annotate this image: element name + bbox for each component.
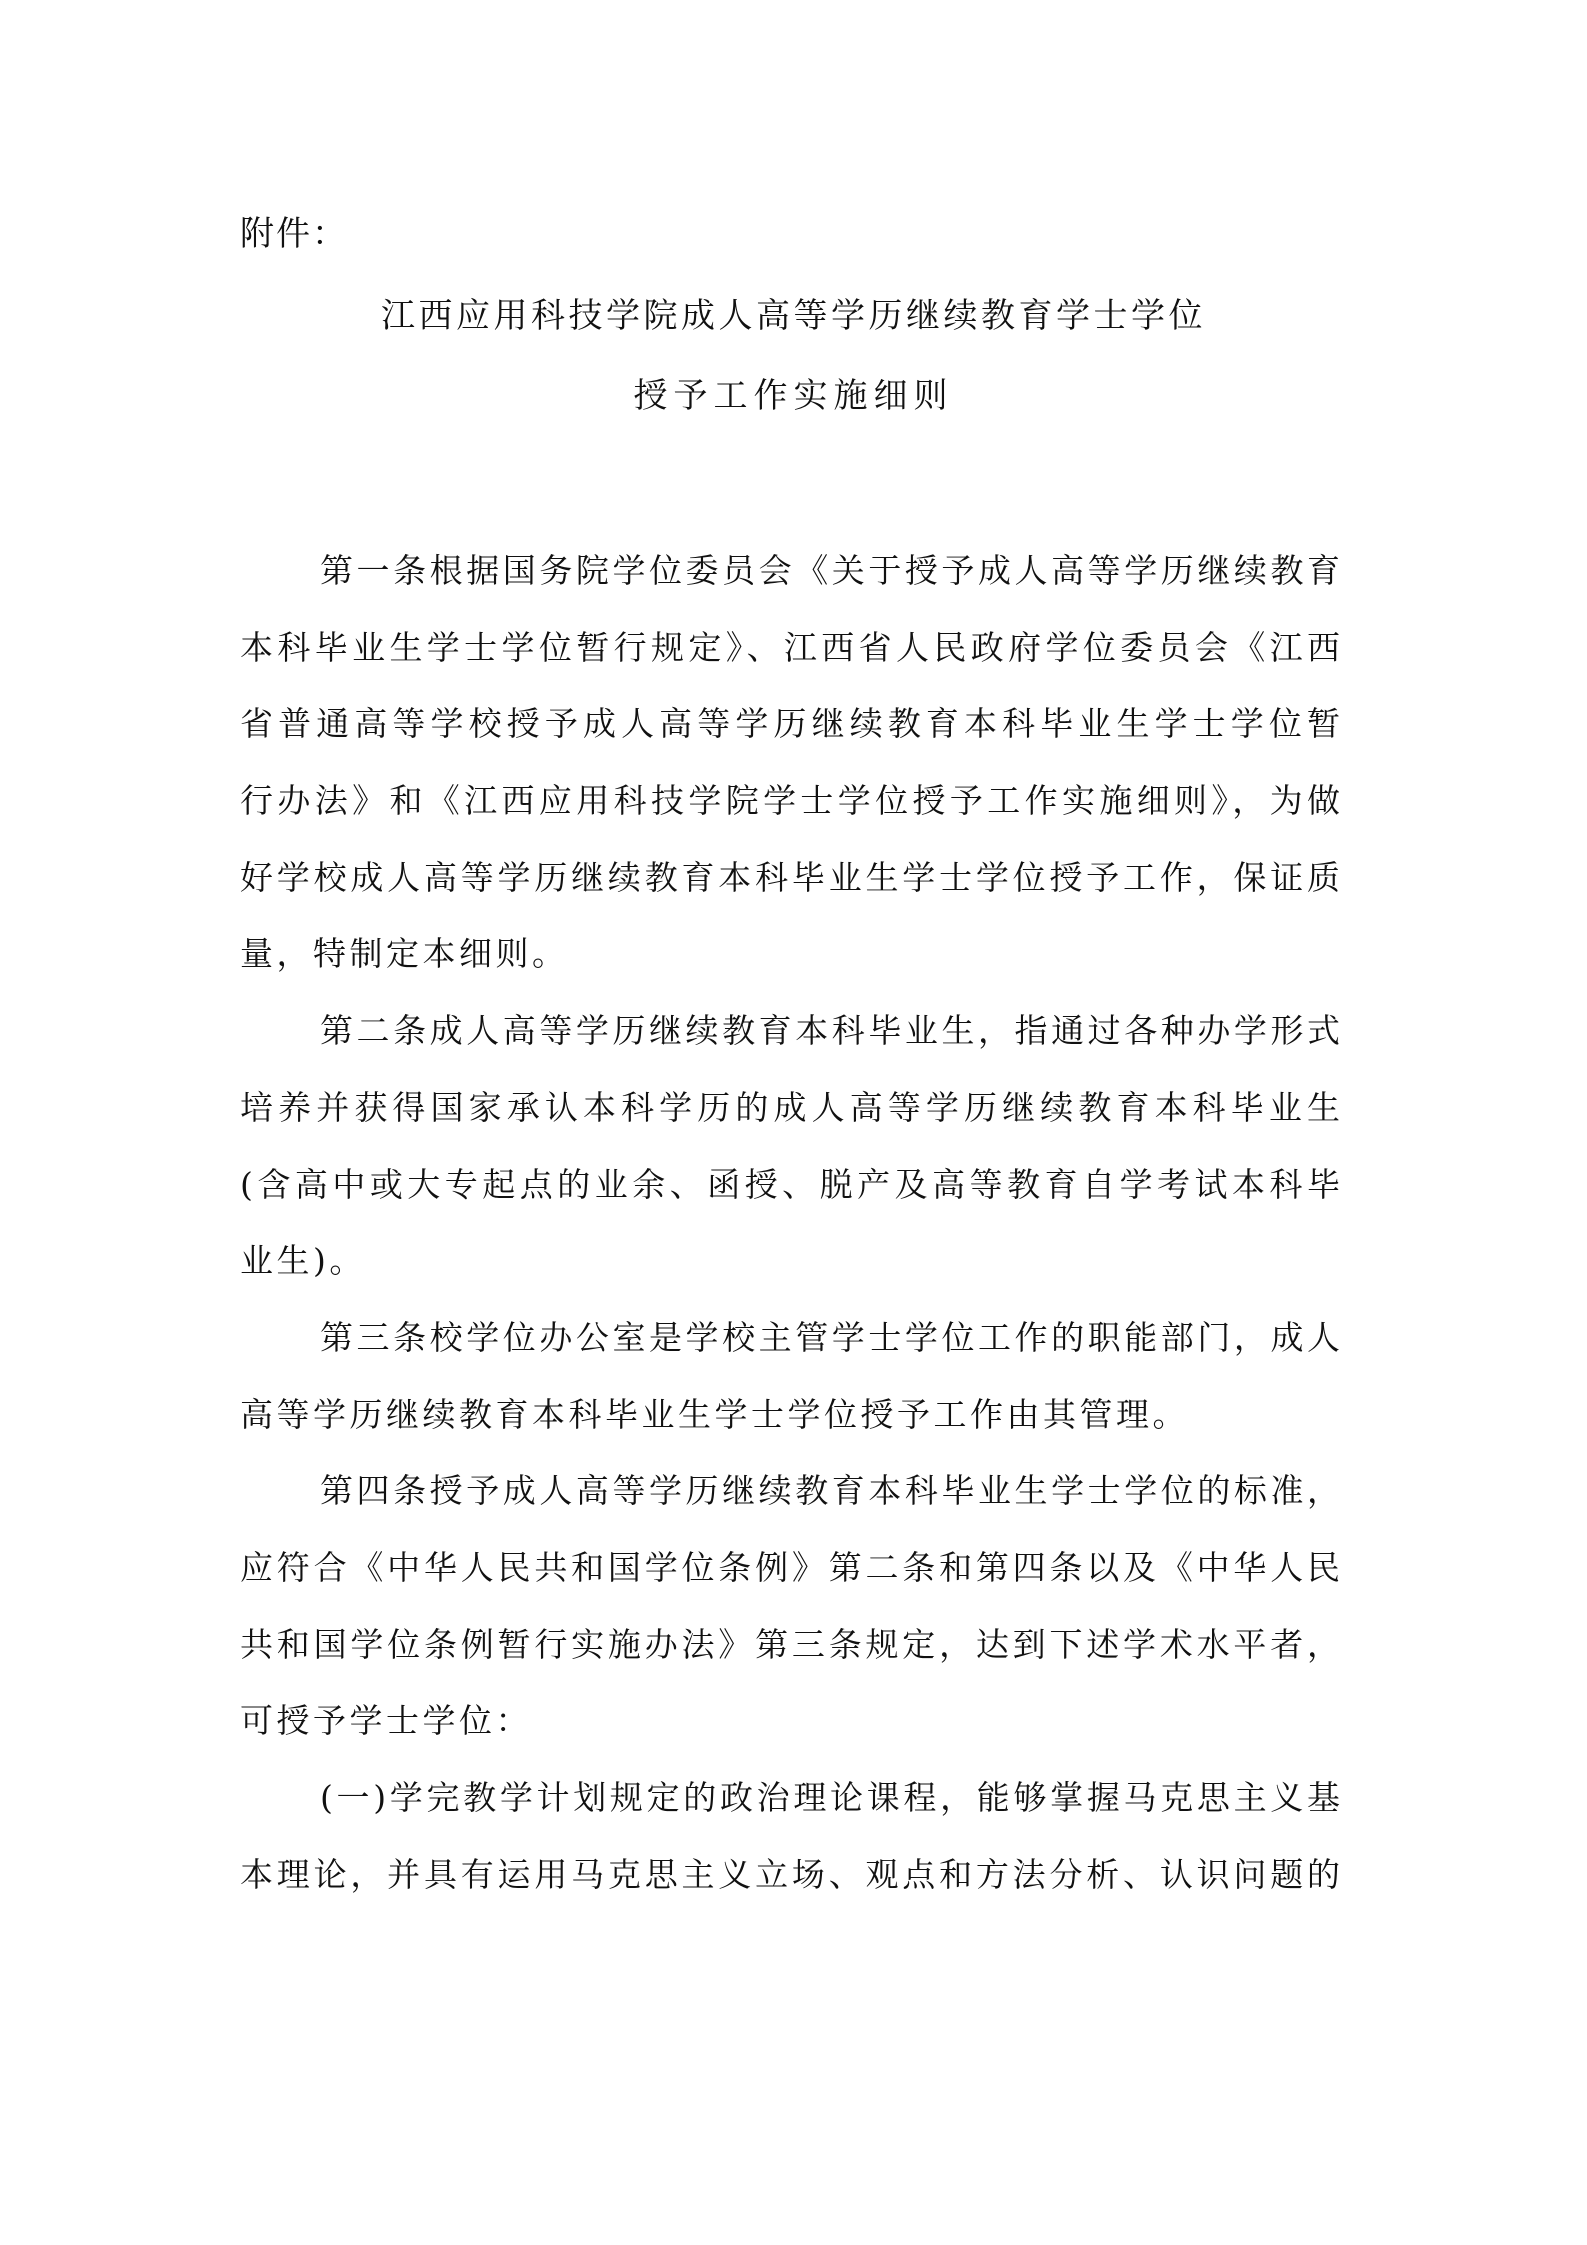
document-body: 第一条根据国务院学位委员会《关于授予成人高等学历继续教育 本科毕业生学士学位暂行… <box>240 546 1340 1926</box>
paragraph-article-3: 第三条校学位办公室是学校主管学士学位工作的职能部门，成人 高等学历继续教育本科毕… <box>240 1313 1340 1466</box>
text-line: 第三条校学位办公室是学校主管学士学位工作的职能部门，成人 <box>240 1313 1340 1390</box>
text-line: 好学校成人高等学历继续教育本科毕业生学士学位授予工作，保证质 <box>240 853 1340 930</box>
document-title-line-2: 授予工作实施细则 <box>0 374 1587 418</box>
text-line: (含高中或大专起点的业余、函授、脱产及高等教育自学考试本科毕 <box>240 1160 1340 1237</box>
paragraph-article-2: 第二条成人高等学历继续教育本科毕业生，指通过各种办学形式 培养并获得国家承认本科… <box>240 1006 1340 1313</box>
text-line: 第二条成人高等学历继续教育本科毕业生，指通过各种办学形式 <box>240 1006 1340 1083</box>
text-line: 本理论，并具有运用马克思主义立场、观点和方法分析、认识问题的 <box>240 1850 1340 1927</box>
text-line: 可授予学士学位： <box>240 1696 1340 1773</box>
text-line: 第一条根据国务院学位委员会《关于授予成人高等学历继续教育 <box>240 546 1340 623</box>
paragraph-article-4: 第四条授予成人高等学历继续教育本科毕业生学士学位的标准， 应符合《中华人民共和国… <box>240 1466 1340 1773</box>
text-line: 应符合《中华人民共和国学位条例》第二条和第四条以及《中华人民 <box>240 1543 1340 1620</box>
attachment-label: 附件： <box>240 212 348 256</box>
text-line: 量，特制定本细则。 <box>240 929 1340 1006</box>
text-line: 高等学历继续教育本科毕业生学士学位授予工作由其管理。 <box>240 1390 1340 1467</box>
paragraph-article-4-item-1: (一)学完教学计划规定的政治理论课程，能够掌握马克思主义基 本理论，并具有运用马… <box>240 1773 1340 1926</box>
text-line: 培养并获得国家承认本科学历的成人高等学历继续教育本科毕业生 <box>240 1083 1340 1160</box>
document-title-line-1: 江西应用科技学院成人高等学历继续教育学士学位 <box>0 294 1587 338</box>
document-page: 附件： 江西应用科技学院成人高等学历继续教育学士学位 授予工作实施细则 第一条根… <box>0 0 1587 2245</box>
text-line: 省普通高等学校授予成人高等学历继续教育本科毕业生学士学位暂 <box>240 699 1340 776</box>
text-line: (一)学完教学计划规定的政治理论课程，能够掌握马克思主义基 <box>240 1773 1340 1850</box>
paragraph-article-1: 第一条根据国务院学位委员会《关于授予成人高等学历继续教育 本科毕业生学士学位暂行… <box>240 546 1340 1006</box>
text-line: 行办法》和《江西应用科技学院学士学位授予工作实施细则》，为做 <box>240 776 1340 853</box>
text-line: 共和国学位条例暂行实施办法》第三条规定，达到下述学术水平者， <box>240 1620 1340 1697</box>
text-line: 第四条授予成人高等学历继续教育本科毕业生学士学位的标准， <box>240 1466 1340 1543</box>
text-line: 本科毕业生学士学位暂行规定》、江西省人民政府学位委员会《江西 <box>240 623 1340 700</box>
text-line: 业生)。 <box>240 1236 1340 1313</box>
